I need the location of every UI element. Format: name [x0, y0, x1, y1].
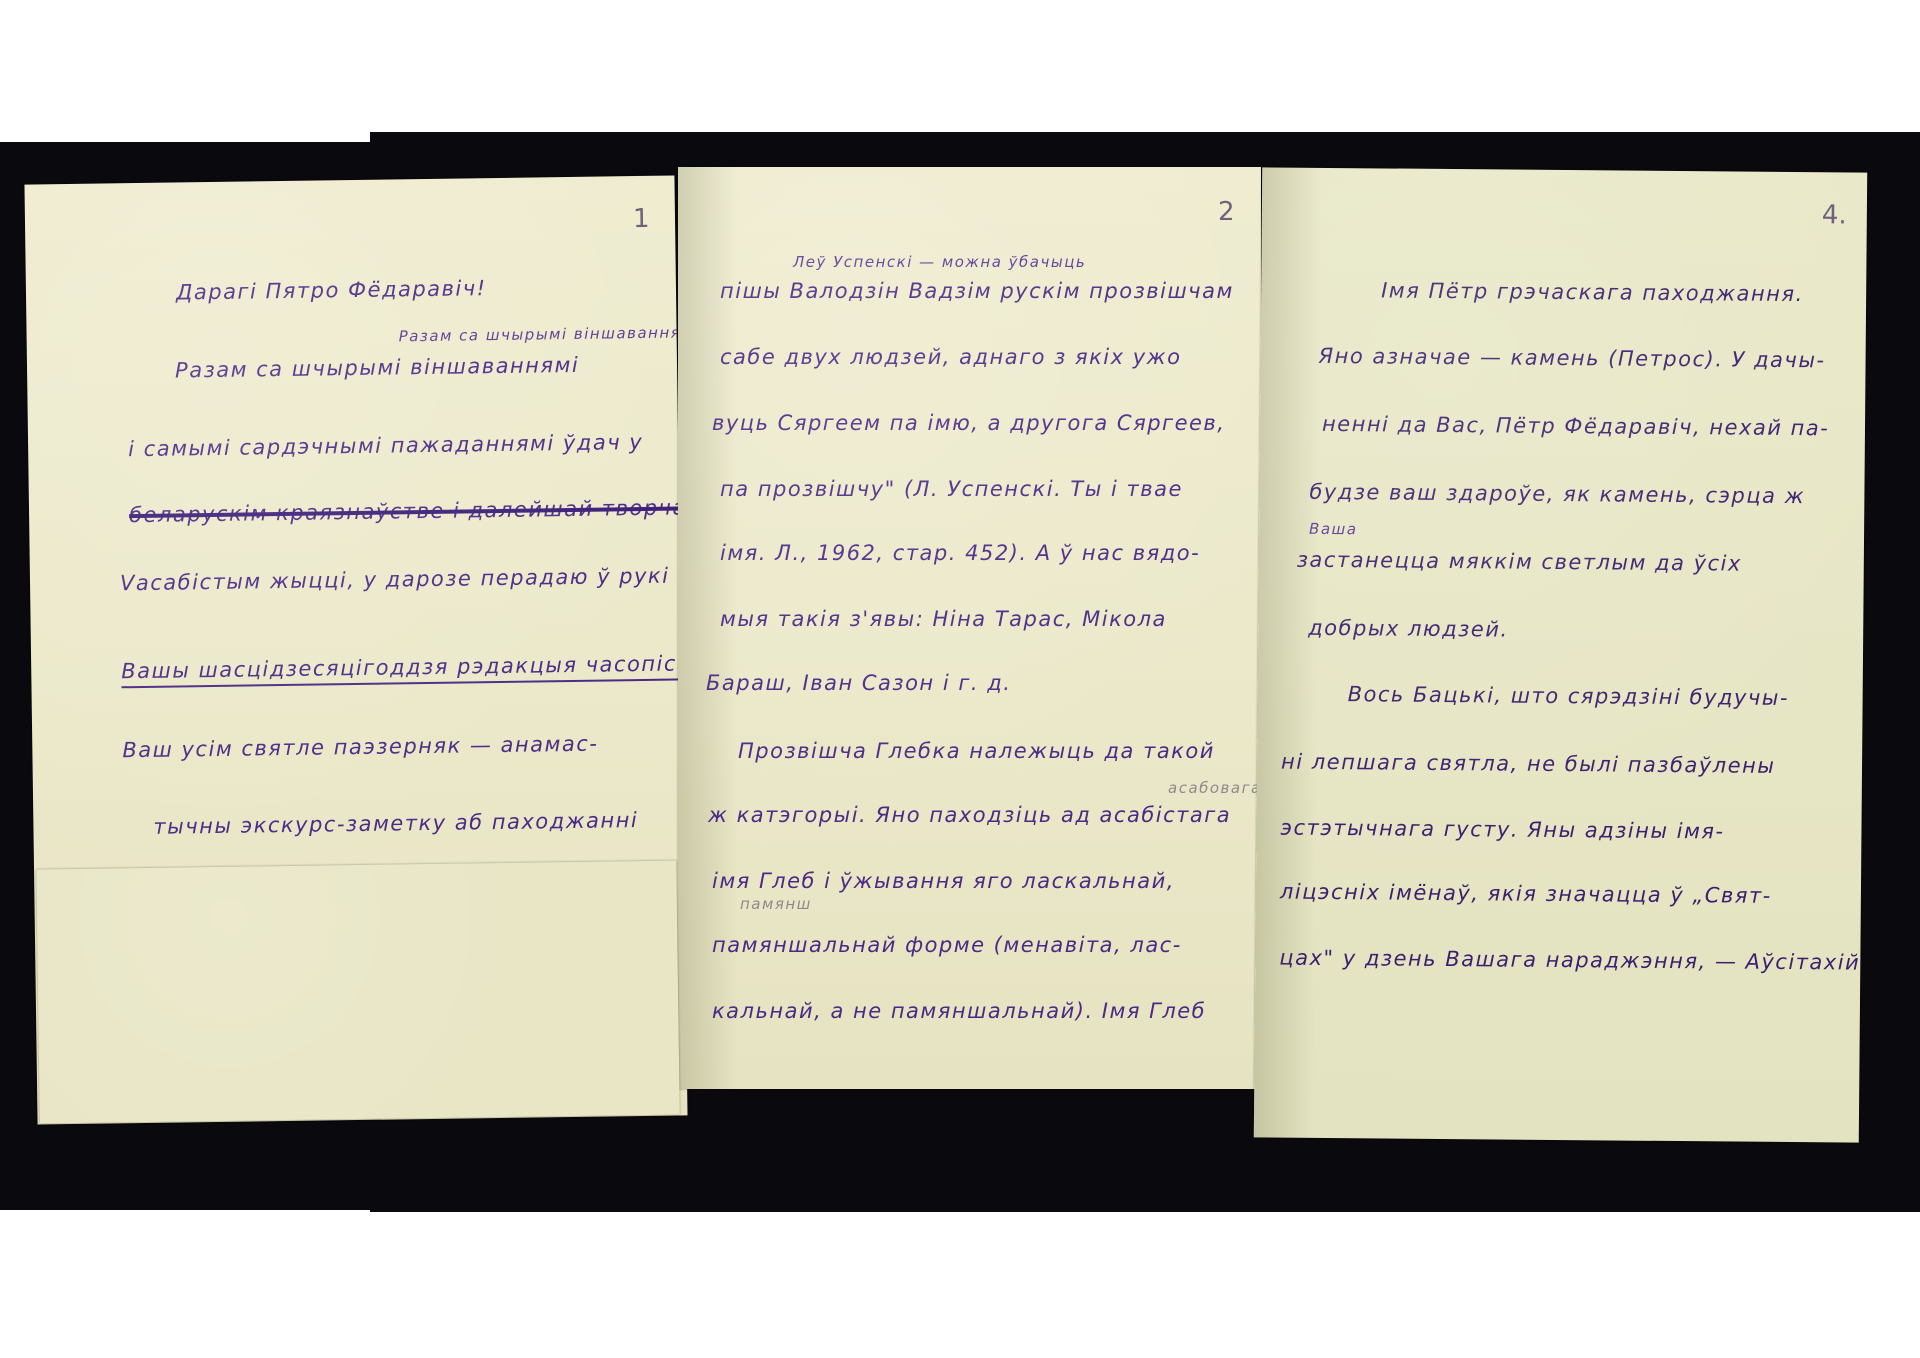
text-line: Яно азначае — камень (Петрос). У дачы-: [1318, 344, 1825, 372]
text-line: Вось Бацькі, што сярэдзіні будучы-: [1348, 682, 1790, 710]
text-line: па прозвішчу" (Л. Успенскі. Ты і твае: [720, 477, 1183, 501]
text-line: эстэтычнага густу. Яны адзіны імя-: [1280, 816, 1724, 844]
text-line: кальнай, а не памяншальнай). Імя Глеб: [712, 999, 1206, 1023]
text-line: тычны экскурс-заметку аб паходжанні: [153, 808, 638, 839]
page-number: 2: [1218, 197, 1235, 227]
text-line: добрых людзей.: [1308, 616, 1509, 642]
manuscript-page-2: 2 Леў Успенскі — можна ўбачыць пішы Вало…: [678, 167, 1261, 1089]
page-number: 1: [633, 204, 650, 234]
text-line: ненні да Вас, Пётр Фёдаравіч, нехай па-: [1322, 412, 1830, 440]
text-line: Вашы шасцідзесяцігоддзя рэдакцыя часопіс…: [121, 651, 687, 683]
manuscript-page-3: 4. Імя Пётр грэчаскага паходжання. Яно а…: [1254, 167, 1867, 1142]
text-line: будзе ваш здароўе, як камень, сэрца ж: [1309, 480, 1805, 508]
pencil-note: памянш: [740, 895, 812, 913]
pencil-note: асабовага: [1168, 779, 1261, 797]
page-fold-shadow: [1254, 167, 1322, 1137]
insertion-note: Ваша: [1309, 520, 1358, 538]
text-line: Прозвішча Глебка належыць да такой: [738, 739, 1215, 763]
insertion-note: Разам са шчырымі віншаваннямі: [398, 323, 687, 345]
text-line: ні лепшага святла, не былі пазбаўлены: [1281, 750, 1776, 778]
struck-line: беларускім краязнаўстве і далейшай творч…: [129, 495, 688, 527]
text-line: вуць Сяргеем па імю, а другога Сяргеев,: [712, 411, 1225, 435]
text-line: Дарагі Пятро Фёдаравіч!: [176, 276, 487, 304]
text-line: імя. Л., 1962, стар. 452). А ў нас вядо-: [720, 541, 1200, 565]
text-line: імя Глеб і ўжывання яго ласкальнай,: [712, 869, 1175, 893]
insertion-note: Леў Успенскі — можна ўбачыць: [793, 253, 1086, 271]
line-text: Разам са шчырымі віншаваннямі: [175, 353, 579, 383]
text-line: ж катэгорыі. Яно паходзіць ад асабістага: [708, 803, 1231, 827]
text-line: цах" у дзень Вашага нараджэння, — Аўсіта…: [1279, 946, 1867, 975]
text-line: Бараш, Іван Сазон і г. д.: [706, 671, 1011, 695]
text-line: Імя Пётр грэчаскага паходжання.: [1381, 278, 1804, 306]
text-line: пішы Валодзін Вадзім рускім прозвішчам: [720, 279, 1234, 303]
text-line: Разам са шчырымі віншаваннямі: [175, 353, 579, 383]
text-line: сабе двух людзей, аднаго з якіх ужо: [720, 345, 1181, 369]
manuscript-page-1-bottom: Анамастычная заметка: [36, 861, 679, 1124]
text-line: Ваш усім святле паэзерняк — анамас-: [122, 732, 598, 763]
text-line: памяншальнай форме (менавіта, лас-: [712, 933, 1182, 957]
text-line: мыя такія з'явы: Ніна Тарас, Мікола: [720, 607, 1167, 631]
text-line: і самымі сардэчнымі пажаданнямі ўдач у: [128, 430, 643, 461]
text-line: Vасабістым жыцці, у дарозе перадаю ў рук…: [120, 564, 670, 596]
text-line: ліцэсніх імёнаў, якія значацца ў „Свят-: [1280, 880, 1772, 908]
page-number: 4.: [1822, 200, 1847, 230]
text-line: застанецца мяккім светлым да ўсіх: [1297, 548, 1742, 576]
